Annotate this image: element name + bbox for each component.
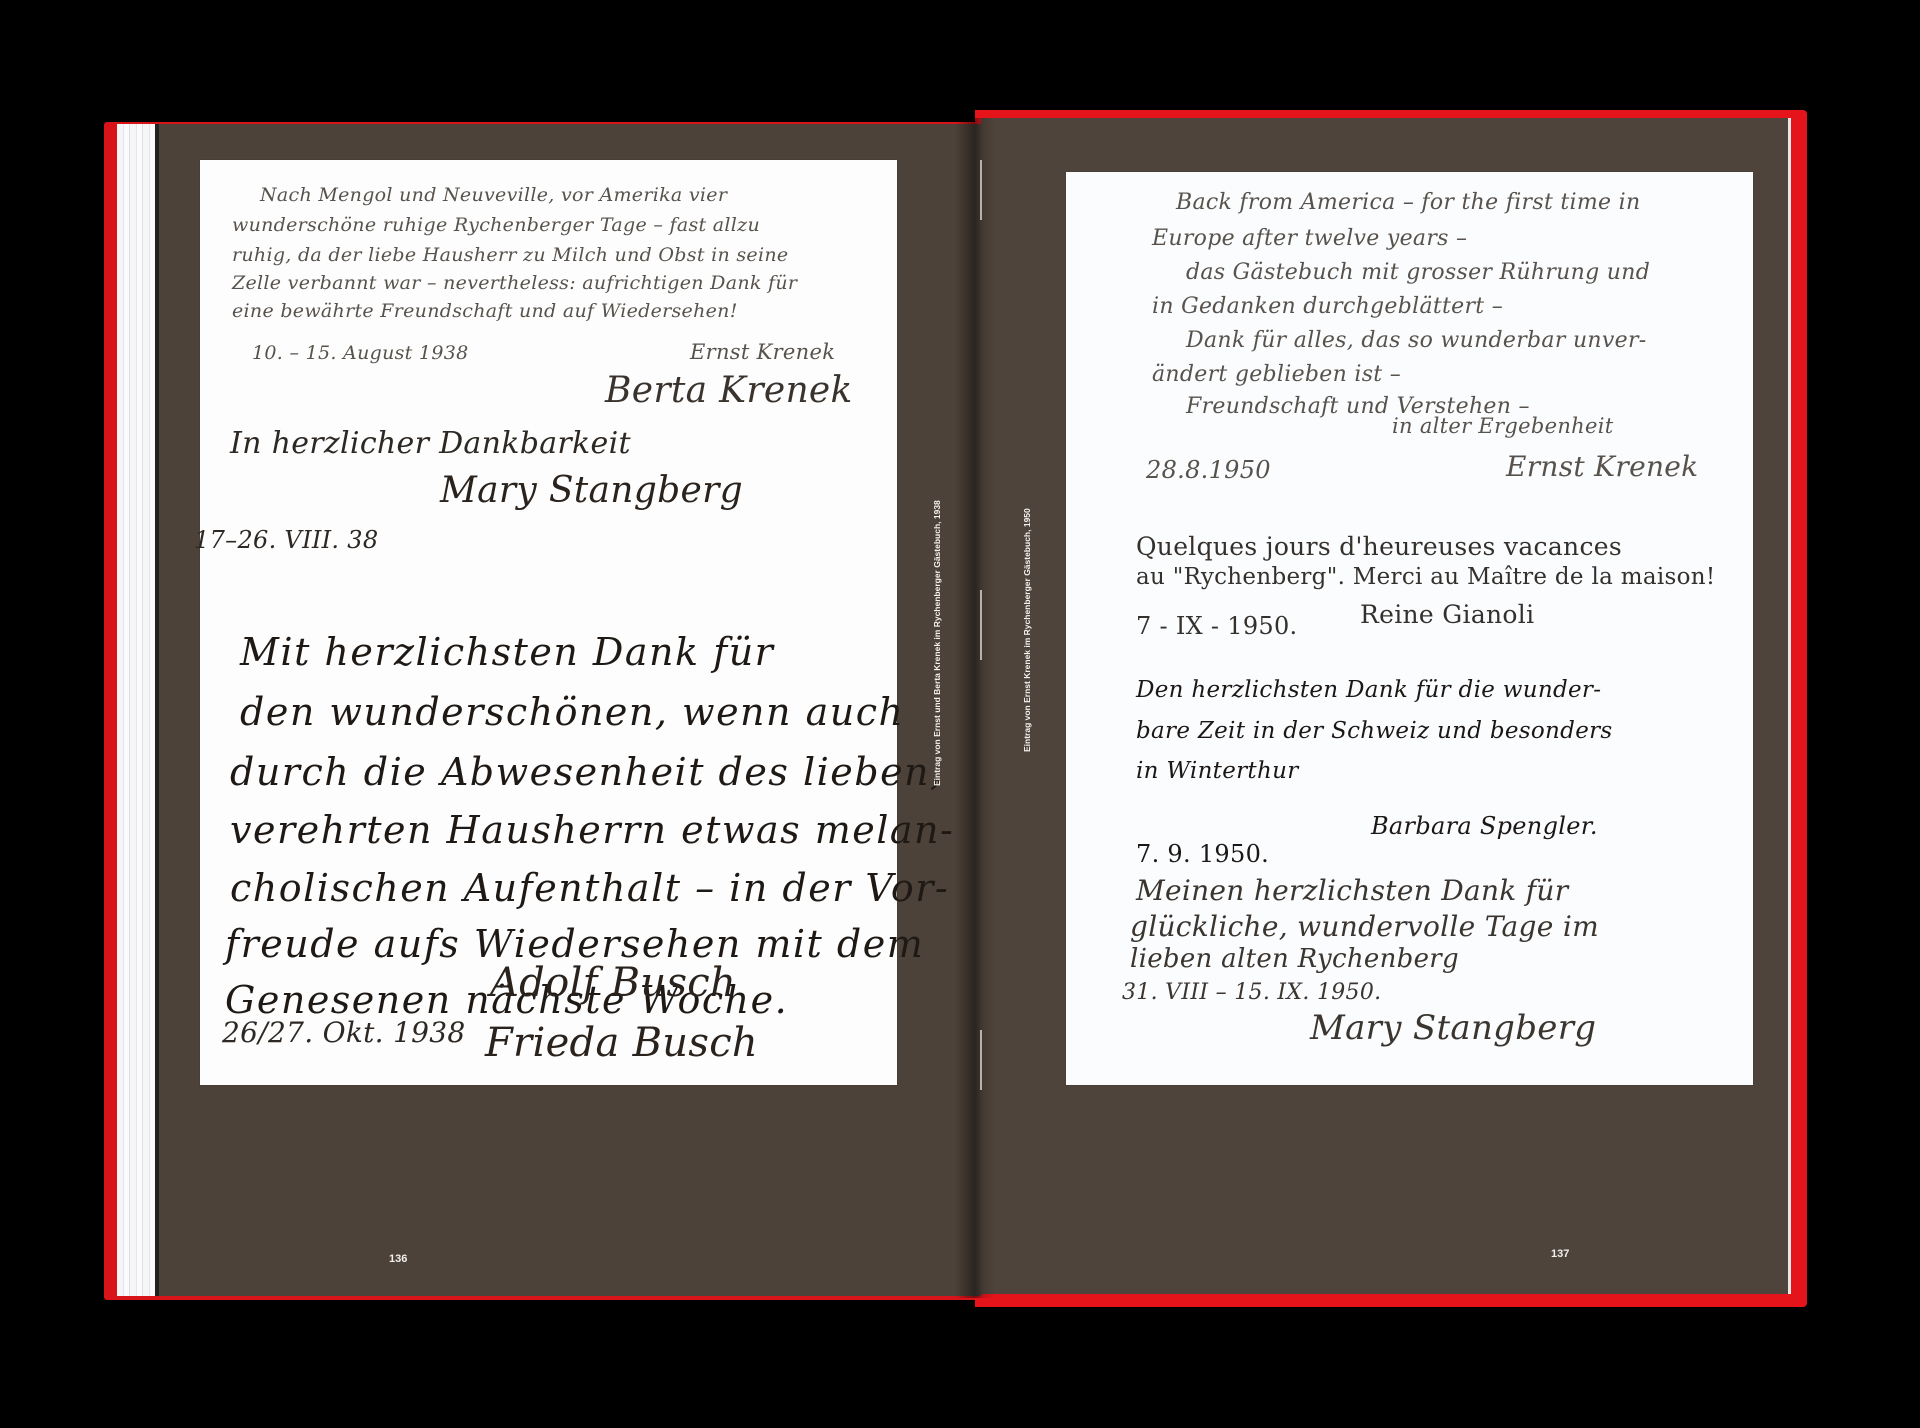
signature: Ernst Krenek (690, 340, 835, 364)
handwritten-line: eine bewährte Freundschaft und auf Wiede… (232, 300, 738, 322)
right-page-edge (1788, 118, 1791, 1294)
image-caption-right: Eintrag von Ernst Krenek im Rychenberger… (1022, 462, 1032, 752)
handwritten-line: glückliche, wundervolle Tage im (1130, 910, 1599, 943)
page-number-right: 137 (1551, 1248, 1569, 1260)
handwritten-line: verehrten Hausherrn etwas melan- (230, 808, 954, 852)
handwritten-line: bare Zeit in der Schweiz und besonders (1136, 718, 1613, 744)
handwritten-line: In herzlicher Dankbarkeit (230, 426, 631, 461)
handwritten-line: ändert geblieben ist – (1152, 362, 1401, 387)
entry-date: 31. VIII – 15. IX. 1950. (1122, 980, 1381, 1005)
handwritten-line: das Gästebuch mit grosser Rührung und (1186, 260, 1650, 285)
signature: Frieda Busch (485, 1020, 758, 1066)
handwritten-line: in Winterthur (1136, 758, 1299, 784)
handwritten-line: Nach Mengol und Neuveville, vor Amerika … (260, 184, 727, 206)
handwritten-line: Europe after twelve years – (1152, 226, 1467, 251)
guestbook-scan-1950: Back from America – for the first time i… (1066, 172, 1753, 1085)
signature: Barbara Spengler. (1371, 812, 1598, 840)
binding-stitch (980, 590, 982, 660)
handwritten-line: Mit herzlichsten Dank für (240, 630, 774, 674)
entry-date: 7 - IX - 1950. (1136, 612, 1297, 640)
handwritten-line: durch die Abwesenheit des lieben, (230, 750, 944, 794)
binding-stitch (980, 1030, 982, 1090)
entry-date: 17–26. VIII. 38 (194, 526, 378, 554)
image-caption-left: Eintrag von Ernst und Berta Krenek im Ry… (932, 466, 942, 786)
signature: Mary Stangberg (440, 470, 743, 511)
handwritten-line: Back from America – for the first time i… (1176, 190, 1640, 215)
signature: Ernst Krenek (1506, 450, 1698, 483)
handwritten-line: Dank für alles, das so wunderbar unver- (1186, 328, 1647, 353)
entry-date: 10. – 15. August 1938 (252, 342, 469, 364)
signature: Reine Gianoli (1360, 600, 1534, 629)
handwritten-line: Den herzlichsten Dank für die wunder- (1136, 677, 1601, 703)
binding-stitch (980, 160, 982, 220)
entry-date: 26/27. Okt. 1938 (222, 1016, 466, 1049)
handwritten-line: Zelle verbannt war – nevertheless: aufri… (232, 272, 797, 294)
entry-date: 7. 9. 1950. (1136, 840, 1269, 868)
handwritten-line: Meinen herzlichsten Dank für (1136, 874, 1568, 907)
page-block-edge (117, 124, 159, 1296)
handwritten-line: den wunderschönen, wenn auch (240, 690, 904, 734)
signature: Adolf Busch (490, 960, 736, 1006)
entry-date: 28.8.1950 (1146, 456, 1271, 484)
handwritten-line: au "Rychenberg". Merci au Maître de la m… (1136, 564, 1715, 590)
handwritten-line: in alter Ergebenheit (1392, 414, 1613, 438)
handwritten-line: in Gedanken durchgeblättert – (1152, 294, 1503, 319)
guestbook-scan-1938: Nach Mengol und Neuveville, vor Amerika … (200, 160, 897, 1085)
handwritten-line: wunderschöne ruhige Rychenberger Tage – … (232, 214, 760, 236)
signature: Berta Krenek (605, 370, 853, 411)
book-gutter (955, 118, 995, 1298)
handwritten-line: Quelques jours d'heureuses vacances (1136, 532, 1622, 561)
page-number-left: 136 (389, 1253, 407, 1265)
handwritten-line: lieben alten Rychenberg (1130, 944, 1459, 974)
handwritten-line: cholischen Aufenthalt – in der Vor- (230, 866, 949, 910)
signature: Mary Stangberg (1310, 1008, 1596, 1048)
handwritten-line: ruhig, da der liebe Hausherr zu Milch un… (232, 244, 788, 266)
